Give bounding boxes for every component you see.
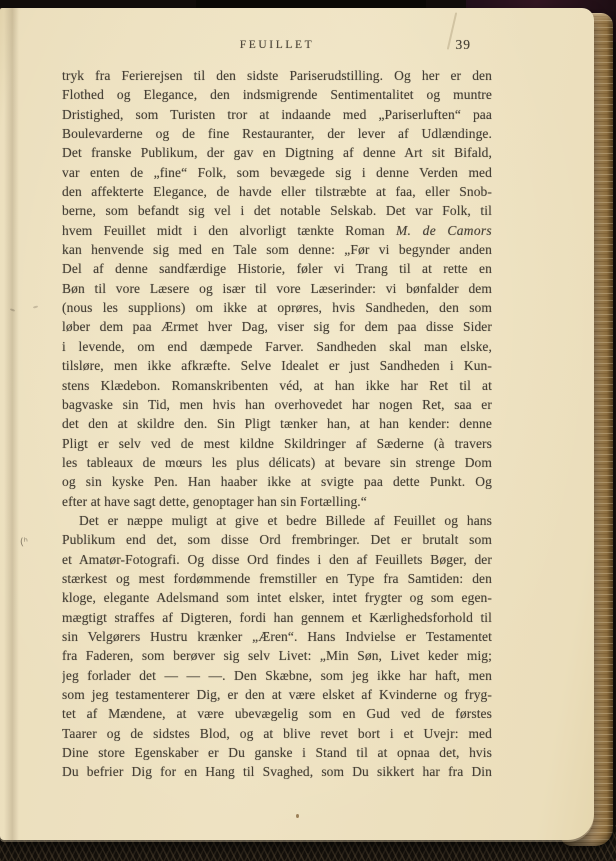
text-line: tryk fra Ferierejsen til den sidste Pari… (62, 66, 492, 85)
text-line: (nous les supplions) om ikke at oprøres,… (62, 298, 492, 317)
text-line: stærkest og mest fordømmende fremstiller… (62, 569, 492, 588)
text-line: Bøn til vore Læsere og især til vore Læs… (62, 279, 492, 298)
gutter-shadow (4, 8, 19, 840)
foxing-spot (296, 814, 299, 818)
text-line: Flothed og Elegance, den indsmigrende Se… (62, 85, 492, 104)
smudge-mark (33, 305, 38, 308)
book-photo: FEUILLET 39 tryk fra Ferierejsen til den… (0, 0, 616, 861)
text-line: les tableaux de mœurs les plus délicats)… (62, 453, 492, 472)
text-line: efter at have sagt dette, genoptager han… (62, 492, 492, 511)
text-line: berne, som befandt sig vel i det notable… (62, 201, 492, 220)
text-line: Det franske Publikum, der gav en Digtnin… (62, 143, 492, 162)
text-line: tilsløre, men ikke afkræfte. Selve Ideal… (62, 356, 492, 375)
text-line: hvem Feuillet midt i den alvorligt tænkt… (62, 221, 492, 240)
text-line: Del af denne sandfærdige Historie, føler… (62, 259, 492, 278)
text-line: og sin kyske Pen. Han haaber ikke at svi… (62, 472, 492, 491)
text-line: det den at skildre den. Sin Pligt tænker… (62, 414, 492, 433)
text-line: som jeg testamenterer Dig, er den at vær… (62, 685, 492, 704)
text-line: bagvaske sin Tid, men hvis han overhoved… (62, 395, 492, 414)
pencil-margin-annotation: (ʰ (20, 537, 29, 549)
text-line: i levende, om end dæmpede Farver. Sandhe… (62, 337, 492, 356)
text-line: mægtigt straffes af Digteren, fordi han … (62, 608, 492, 627)
text-line: sin Velgørers Hustru krænker „Æren“. Han… (62, 627, 492, 646)
running-head: FEUILLET 39 (62, 39, 492, 57)
text-line: Du befrier Dig for en Hang til Svaghed, … (62, 762, 492, 781)
text-line: Pligt er selv ved de mest kildne Skildri… (62, 434, 492, 453)
text-line: Det er næppe muligt at give et bedre Bil… (62, 511, 492, 530)
text-line: kloge, elegante Adelsmand som intet elsk… (62, 588, 492, 607)
running-head-title: FEUILLET (62, 39, 492, 51)
text-line: kan henvende sig med en Tale som denne: … (62, 240, 492, 259)
text-line: Taarer og de sidstes Blod, og at blive r… (62, 724, 492, 743)
book-page: FEUILLET 39 tryk fra Ferierejsen til den… (0, 8, 594, 840)
text-line: Boulevarderne og de fine Restauranter, d… (62, 124, 492, 143)
text-line: fra Faderen, som berøver sig selv Livet:… (62, 646, 492, 665)
body-text: tryk fra Ferierejsen til den sidste Pari… (62, 66, 492, 782)
text-line: stens Klædebon. Romanskribenten véd, at … (62, 376, 492, 395)
text-line: Dristighed, som Turisten tror at indaand… (62, 105, 492, 124)
text-line: Publikum end det, som disse Ord frembrin… (62, 530, 492, 549)
text-line: jeg forlader det — — —. Den Skæbne, som … (62, 666, 492, 685)
text-line: et Amatør-Fotografi. Og disse Ord findes… (62, 550, 492, 569)
text-line: løber dem paa Ærmet hver Dag, viser sig … (62, 317, 492, 336)
text-line: var enten de „fine“ Folk, som bevægede s… (62, 163, 492, 182)
text-line: Dine store Egenskaber er Du ganske i Sta… (62, 743, 492, 762)
text-line: tet af Mændene, at være ubevægelig som e… (62, 704, 492, 723)
text-line: den affekterte Elegance, de havde eller … (62, 182, 492, 201)
page-number: 39 (456, 37, 472, 53)
